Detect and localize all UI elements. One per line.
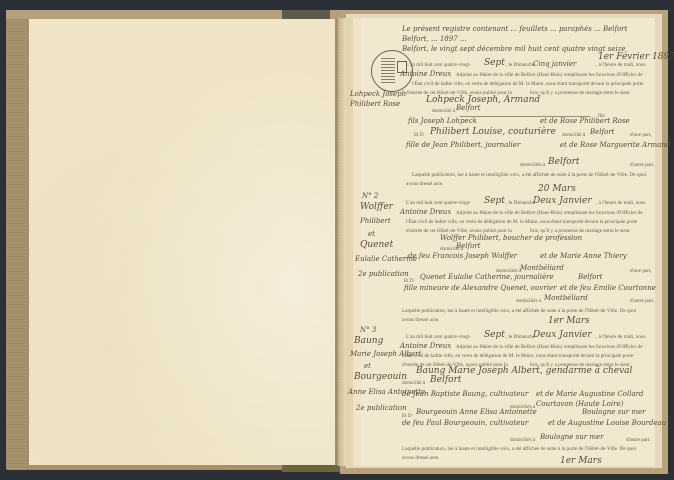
entry2-mayor: Antoine Dreux	[400, 208, 451, 216]
entry3-print-line1: L'an mil huit cent quatre-vingt-	[406, 334, 471, 340]
entry3-bride: Bourgeouin Anne Elisa Antoinette	[416, 408, 537, 416]
entry2-print-line2: Adjoint au Maire de la ville de Belfort …	[456, 210, 643, 216]
entry1-mayor: Antoine Dreux	[400, 70, 451, 78]
entry1-bride: Philibert Louise, couturière	[430, 127, 556, 137]
entry1-groom-domicile: Belfort	[456, 104, 481, 112]
top-note-line-1: Le présent registre contenant ... feuill…	[402, 25, 627, 33]
entry2-print-part: d'une part,	[630, 268, 652, 274]
entry1-margin-name-2: Philibert Rose	[350, 100, 400, 108]
entry1-margin-name-1: Lohpeck Joseph	[350, 90, 406, 98]
entry3-groom-parents-domicile: Courtavon (Haute Loire)	[536, 400, 623, 408]
blank-left-page	[29, 19, 335, 465]
entry3-groom-mother: et de Marie Augustine Collard	[536, 390, 643, 398]
top-note-line-3: Belfort, le vingt sept décembre mil huit…	[402, 45, 626, 53]
entry1-closing1: Laquelle publication, lue à haute et int…	[412, 172, 646, 178]
entry2-bride-domicile: Belfort	[578, 273, 603, 281]
entry1-closing2: avons dressé acte.	[406, 181, 443, 187]
entry3-margin-et: et	[364, 362, 371, 370]
entry3-publication: 2e publication	[356, 404, 407, 412]
entry2-groom-mother: et de Marie Anne Thiery	[540, 252, 627, 260]
entry1-print-domicile: domicilié à	[432, 108, 455, 114]
stamp-figure-icon	[381, 57, 395, 83]
entry2-bride-parents-domicile: Montbéliard	[544, 294, 588, 302]
entry1-year: Sept	[484, 58, 505, 68]
entry2-closing2: avons dressé acte.	[402, 317, 439, 323]
entry3-bride-parents-domicile: Boulogne sur mer	[540, 433, 603, 441]
entry3-closing1: Laquelle publication, lue à haute et int…	[402, 446, 636, 452]
entry2-margin-name-2: Philibert	[360, 217, 391, 225]
entry1-print-part: d'une part,	[630, 132, 652, 138]
entry3-closing2: avons dressé acte.	[402, 455, 439, 461]
entry3-number: N° 3	[360, 326, 376, 334]
entry2-print-domicilies-bride: domiciliés à	[516, 298, 541, 304]
entry2-number: N° 2	[362, 192, 378, 200]
entry1-print-line3: l'État civil de ladite ville, en vertu d…	[412, 81, 643, 87]
entry3-print-heure: , à l'heure de midi, nous	[596, 334, 645, 340]
entry1-groom-mother: et de Rose Philibert Rose	[540, 117, 630, 125]
entry2-groom-parents-domicile: Montbéliard	[520, 264, 564, 272]
entry3-print-domicilies-bride: domiciliés à	[510, 437, 535, 443]
entry1-print-line2: Adjoint au Maire de la ville de Belfort …	[456, 72, 643, 78]
entry1-print-dimanche: , le Dimanche	[506, 62, 535, 68]
entry3-print-line3: l'État civil de ladite ville, en vertu d…	[402, 353, 633, 359]
entry1-parents-domicile: Belfort	[548, 157, 580, 167]
entry2-print-autrepart: d'autre part.	[630, 298, 655, 304]
entry2-print-line3: l'État civil de ladite ville, en vertu d…	[406, 219, 637, 225]
entry1-print-line1: L'an mil huit cent quatre-vingt-	[406, 62, 471, 68]
entry3-print-dimanche: , le Dimanche	[506, 334, 535, 340]
entry1-groom: Lohpeck Joseph, Armand	[426, 95, 540, 105]
entry3-margin-date: 1er Mars	[560, 456, 602, 466]
entry2-print-heure: , à l'heure de midi, nous	[596, 200, 645, 206]
entry3-bride-mother: et de Augustine Louise Bourdeau	[548, 419, 666, 427]
entry1-print-autrepart: d'autre part.	[630, 162, 655, 168]
entry1-bride-mother: et de Rose Marguerite Armand	[560, 141, 670, 149]
entry3-date: Deux Janvier	[533, 330, 592, 340]
entry2-margin-name-1: Wolffer	[360, 202, 393, 212]
entry1-bride-domicile: Belfort	[590, 128, 615, 136]
entry3-print-domicile: domicilié à	[402, 380, 425, 386]
entry2-closing1: Laquelle publication, lue à haute et int…	[402, 308, 636, 314]
entry2-print-line1: L'an mil huit cent quatre-vingt-	[406, 200, 471, 206]
entry2-margin-et: et	[368, 230, 375, 238]
entry2-bride: Quenet Eulalie Catherine, journalière	[420, 273, 554, 281]
header-date: 1er Février 1897	[598, 52, 674, 62]
entry1-print-line4b: fois, qu'il y a promesse de mariage entr…	[530, 90, 630, 96]
entry1-print-etdlle: Et D	[414, 132, 424, 138]
entry2-bride-mother: et de feu Emilie Courtonne	[560, 284, 656, 292]
entry1-print-heure: , à l'heure de midi, nous	[596, 62, 645, 68]
entry2-groom-domicile: Belfort	[456, 242, 481, 250]
top-note-line-2: Belfort, ... 1897 ...	[402, 35, 467, 43]
entry1-margin-date: 20 Mars	[538, 184, 576, 194]
entry2-groom: Wolffer Philibert, boucher de profession	[440, 234, 582, 242]
entry3-margin-name-1: Baung	[354, 336, 383, 346]
entry3-bride-father: de feu Paul Bourgeouin, cultivateur	[402, 419, 528, 427]
entry3-groom-domicile: Belfort	[430, 375, 462, 385]
entry3-print-autrepart: d'autre part.	[626, 437, 651, 443]
entry3-bride-domicile: Boulogne sur mer	[582, 408, 645, 416]
entry2-year: Sept	[484, 196, 505, 206]
entry2-date: Deux Janvier	[533, 196, 592, 206]
entry2-publication: 2e publication	[358, 270, 409, 278]
entry1-bride-father: fille de Jean Philibert, journalier	[406, 141, 520, 149]
entry2-print-dimanche: , le Dimanche	[506, 200, 535, 206]
entry3-margin-name-3: Bourgeouin	[354, 372, 407, 382]
entry1-date: Cinq janvier	[533, 60, 576, 68]
entry2-margin-date: 1er Mars	[548, 316, 590, 326]
entry3-print-line2: Adjoint au Maire de la ville de Belfort …	[456, 344, 643, 350]
entry2-margin-name-3: Quenet	[360, 240, 393, 250]
entry1-groom-father: fils Joseph Lohpeck	[408, 117, 477, 125]
entry2-groom-father: de feu Francois Joseph Wolffer	[408, 252, 517, 260]
entry1-print-domicile-bride: domicilié à	[562, 132, 585, 138]
gutter	[338, 18, 346, 466]
entry3-year: Sept	[484, 330, 505, 340]
entry1-print-domicilies: domiciliés à	[520, 162, 545, 168]
entry3-mayor: Antoine Dreux	[400, 342, 451, 350]
entry2-bride-father: fille mineure de Alexandre Quenet, ouvri…	[404, 284, 556, 292]
entry3-groom-father: de Jean Baptiste Baung, cultivateur	[402, 390, 528, 398]
